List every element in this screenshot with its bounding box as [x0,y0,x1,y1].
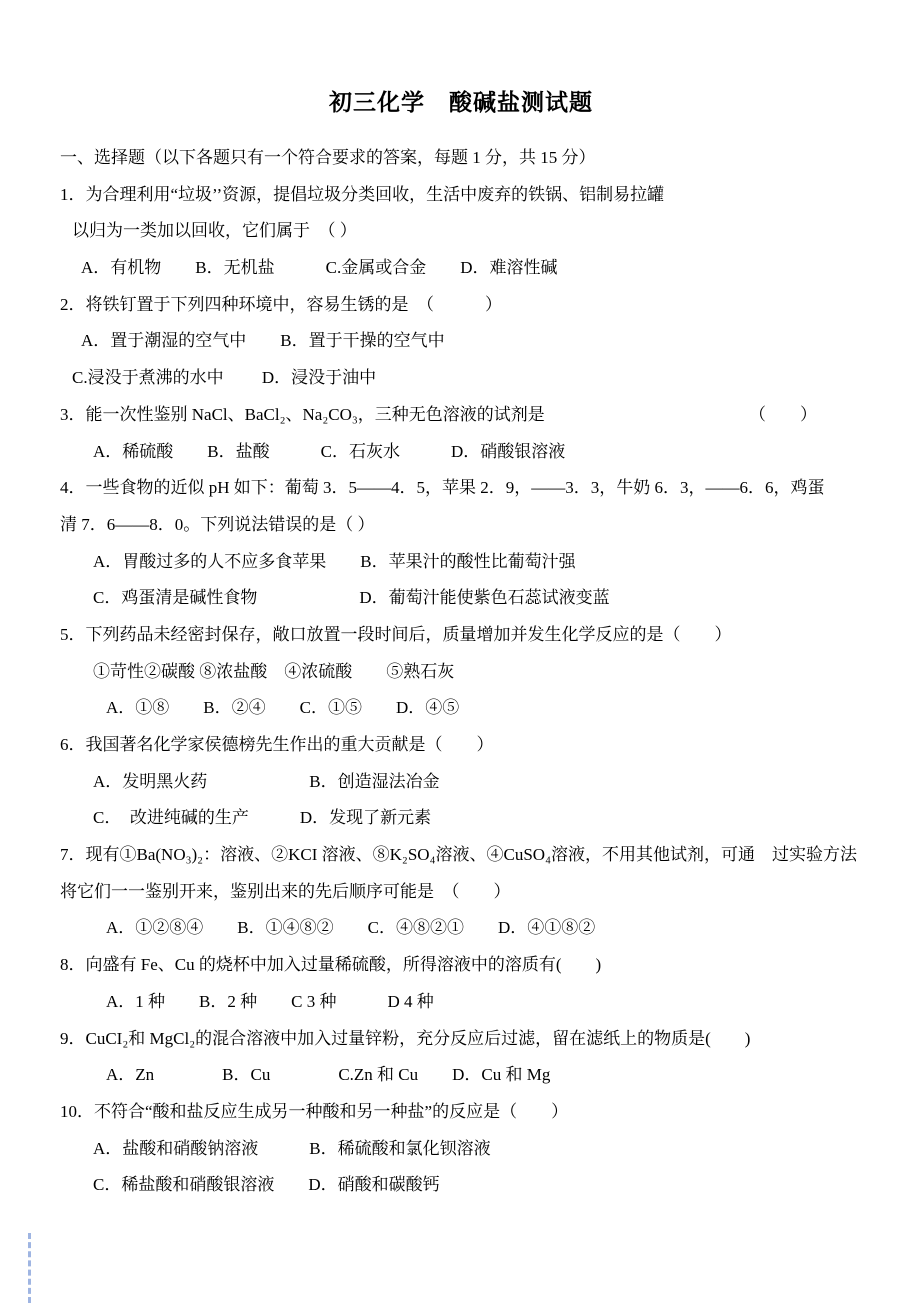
question-6-stem: 6．我国著名化学家侯德榜先生作出的重大贡献是（ ） [60,727,862,764]
question-7-options: A．①②⑧④ B．①④⑧② C．④⑧②① D．④①⑧② [60,910,862,947]
question-7-stem-line2: 将它们一一鉴别开来，鉴别出来的先后顺序可能是 （ ） [60,874,862,911]
question-4-stem-line2: 清 7．6——8．0。下列说法错误的是（ ） [60,507,862,544]
question-6-options-ab: A．发明黑火药 B．创造湿法冶金 [60,764,862,801]
question-1-options: A．有机物 B．无机盐 C.金属或合金 D．难溶性碱 [60,250,862,287]
question-3-options: A．稀硫酸 B．盐酸 C．石灰水 D．硝酸银溶液 [60,434,862,471]
question-10-options-ab: A．盐酸和硝酸钠溶液 B．稀硫酸和氯化钡溶液 [60,1131,862,1168]
question-2-stem: 2．将铁钉置于下列四种环境中，容易生锈的是 （ ） [60,287,862,324]
question-3-stem-text: 3．能一次性鉴别 NaCl、BaCl₂、Na₂CO₃，三种无色溶液的试剂是 [60,397,545,434]
page-title: 初三化学 酸碱盐测试题 [60,88,862,118]
question-10-stem: 10．不符合“酸和盐反应生成另一种酸和另一种盐”的反应是（ ） [60,1094,862,1131]
left-margin-dashed-mark [28,1233,31,1303]
question-7-stem-line1: 7．现有①Ba(NO₃)₂：溶液、②KCI 溶液、⑧K₂SO₄溶液、④CuSO₄… [60,837,862,874]
question-5-items: ①苛性②碳酸 ⑧浓盐酸 ④浓硫酸 ⑤熟石灰 [60,654,862,691]
question-1-stem-line1: 1．为合理利用“垃圾’’资源，提倡垃圾分类回收，生活中废弃的铁锅、铝制易拉罐 [60,177,862,214]
question-3-answer-paren: （ ） [749,397,817,434]
question-9-stem: 9．CuCI₂和 MgCl₂的混合溶液中加入过量锌粉，充分反应后过滤，留在滤纸上… [60,1021,862,1058]
test-document-page: 初三化学 酸碱盐测试题 一、选择题（以下各题只有一个符合要求的答案，每题 1 分… [0,0,920,1303]
question-3-stem: 3．能一次性鉴别 NaCl、BaCl₂、Na₂CO₃，三种无色溶液的试剂是 （ … [60,397,862,434]
question-4-options-ab: A．胃酸过多的人不应多食苹果 B．苹果汁的酸性比葡萄汁强 [60,544,862,581]
question-1-stem-line2: 以归为一类加以回收，它们属于 （ ） [60,213,862,250]
question-4-stem-line1: 4．一些食物的近似 pH 如下：葡萄 3．5——4．5，苹果 2．9，——3．3… [60,470,862,507]
section-heading: 一、选择题（以下各题只有一个符合要求的答案，每题 1 分，共 15 分） [60,140,862,177]
question-6-options-cd: C． 改进纯碱的生产 D．发现了新元素 [60,800,862,837]
question-2-options-cd: C.浸没于煮沸的水中 D．浸没于油中 [60,360,862,397]
question-8-options: A．1 种 B．2 种 C 3 种 D 4 种 [60,984,862,1021]
question-4-options-cd: C．鸡蛋清是碱性食物 D．葡萄汁能使紫色石蕊试液变蓝 [60,580,862,617]
document-content: 初三化学 酸碱盐测试题 一、选择题（以下各题只有一个符合要求的答案，每题 1 分… [60,88,862,1204]
question-5-stem: 5．下列药品未经密封保存，敞口放置一段时间后，质量增加并发生化学反应的是（ ） [60,617,862,654]
question-8-stem: 8．向盛有 Fe、Cu 的烧杯中加入过量稀硫酸，所得溶液中的溶质有( ) [60,947,862,984]
question-10-options-cd: C．稀盐酸和硝酸银溶液 D．硝酸和碳酸钙 [60,1167,862,1204]
question-2-options-ab: A．置于潮湿的空气中 B．置于干操的空气中 [60,323,862,360]
question-5-options: A．①⑧ B．②④ C．①⑤ D．④⑤ [60,690,862,727]
question-9-options: A．Zn B．Cu C.Zn 和 Cu D．Cu 和 Mg [60,1057,862,1094]
